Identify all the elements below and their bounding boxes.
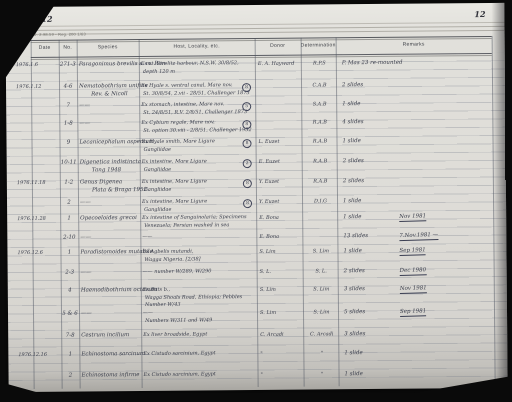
cell-species: Echinostoma infirme bbox=[82, 372, 140, 380]
scan-edge-right bbox=[505, 0, 512, 180]
register-rows: 1976.1.6271-3Paragonimus brevilis s. m. … bbox=[5, 3, 504, 7]
scanned-register-page: 12 12 Z.D. 2.98.59 - Reg. 200 1/63 DateN… bbox=[0, 0, 512, 402]
cell-remarks: 1 slide bbox=[345, 371, 363, 378]
cell-no: 2 bbox=[62, 373, 80, 380]
register-page-paper: 12 12 Z.D. 2.98.59 - Reg. 200 1/63 DateN… bbox=[5, 3, 507, 392]
cell-donor: " bbox=[261, 372, 305, 379]
scan-edge-bottom bbox=[0, 393, 512, 402]
cell-determination: " bbox=[306, 371, 339, 378]
register-row: 2Echinostoma infirmeEx Cistudo sarcinium… bbox=[5, 3, 507, 392]
register-sheet: 12 12 Z.D. 2.98.59 - Reg. 200 1/63 DateN… bbox=[5, 3, 507, 392]
cell-host: Ex Cistudo sarcinium, Egypt bbox=[144, 371, 216, 379]
